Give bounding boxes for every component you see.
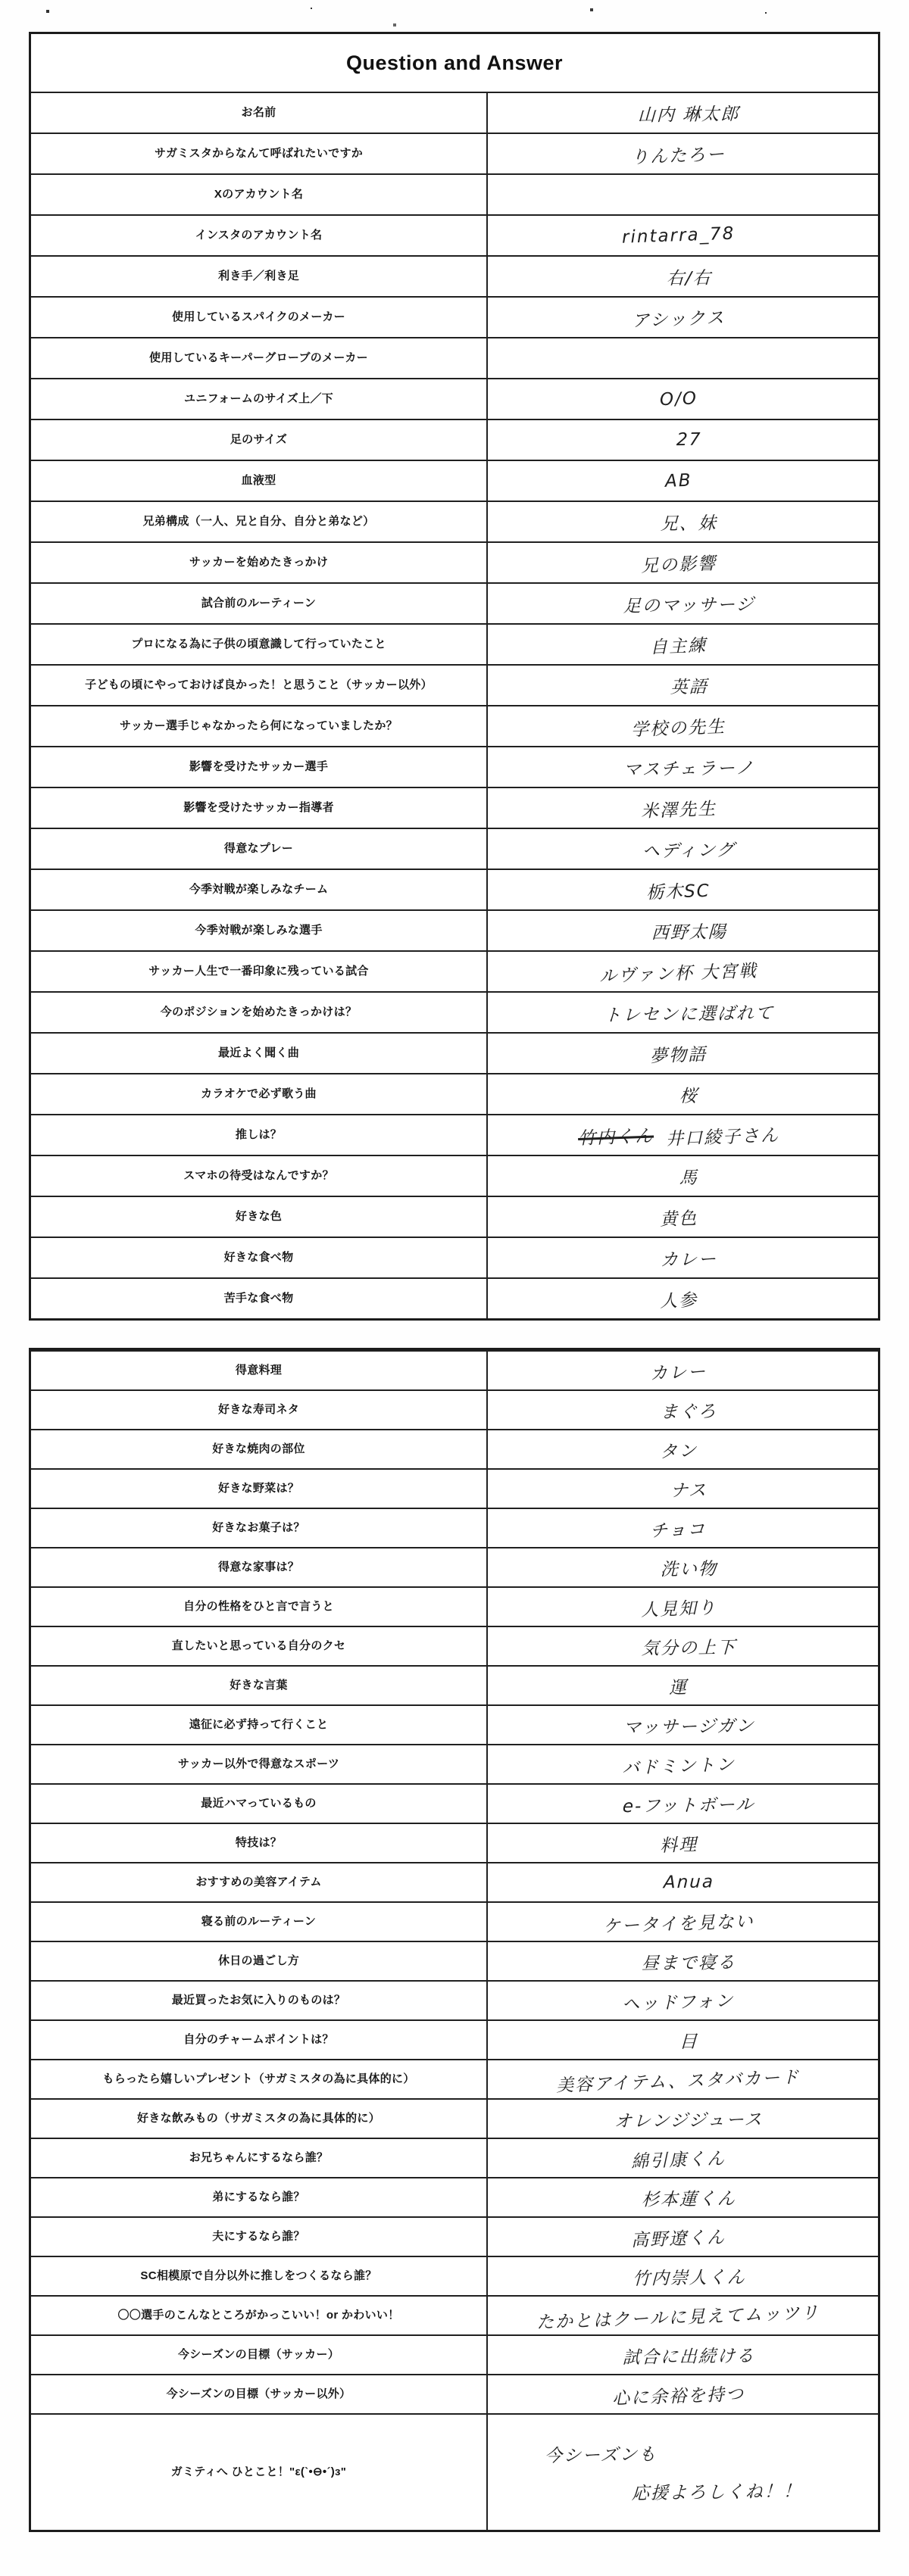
question-cell: 影響を受けたサッカー指導者 — [31, 788, 488, 828]
answer-cell: りんたろー — [488, 134, 878, 173]
qa-row: 好きな食べ物カレー — [31, 1237, 878, 1277]
answer-cell: 目 — [488, 2021, 878, 2059]
answer-text: 運 — [668, 1673, 688, 1698]
answer-cell: O/O — [488, 379, 878, 419]
qa-row: 使用しているスパイクのメーカーアシックス — [31, 296, 878, 337]
qa-row: 利き手／利き足右/右 — [31, 255, 878, 296]
qa-row: お兄ちゃんにするなら誰？綿引康くん — [31, 2138, 878, 2177]
table-title: Question and Answer — [31, 34, 878, 92]
answer-cell — [488, 175, 878, 214]
answer-text: rintarra_78 — [621, 224, 735, 248]
question-cell: 利き手／利き足 — [31, 257, 488, 296]
qa-row: 最近ハマっているものe-フットボール — [31, 1783, 878, 1823]
answer-text: 試合に出続ける — [622, 2341, 755, 2368]
answer-cell: ナス — [488, 1470, 878, 1508]
question-text: おすすめの美容アイテム — [195, 1876, 321, 1890]
question-text: 休日の過ごし方 — [218, 1954, 299, 1969]
question-cell: Xのアカウント名 — [31, 175, 488, 214]
answer-text: ヘディング — [642, 836, 736, 862]
answer-line: 今シーズンも — [544, 2440, 658, 2467]
answer-text: ケータイを見ない — [602, 1907, 754, 1937]
question-text: 最近よく聞く曲 — [218, 1046, 299, 1061]
question-cell: 試合前のルーティーン — [31, 584, 488, 623]
answer-cell: AB — [488, 461, 878, 501]
answer-cell: トレセンに選ばれて — [488, 993, 878, 1032]
question-text: 好きな色 — [236, 1210, 282, 1224]
question-text: 苦手な食べ物 — [224, 1292, 294, 1306]
question-cell: 最近買ったお気に入りのものは？ — [31, 1982, 488, 2019]
struck-answer-text: 竹内くん — [577, 1121, 654, 1149]
qa-row: スマホの待受はなんですか？馬 — [31, 1155, 878, 1196]
answer-text: まぐろ — [660, 1397, 717, 1423]
question-cell: プロになる為に子供の頃意識して行っていたこと — [31, 625, 488, 664]
answer-cell: 人参 — [488, 1279, 878, 1318]
question-text: プロになる為に子供の頃意識して行っていたこと — [131, 638, 386, 652]
question-text: 得意なプレー — [224, 842, 293, 856]
question-text: 今のポジションを始めたきっかけは？ — [161, 1006, 357, 1020]
qa-row: 得意な家事は？洗い物 — [31, 1547, 878, 1586]
qa-row: 遠征に必ず持って行くことマッサージガン — [31, 1704, 878, 1744]
qa-row: 子どもの頃にやっておけば良かった！と思うこと（サッカー以外）英語 — [31, 664, 878, 705]
answer-cell: 竹内崇人くん — [488, 2257, 878, 2295]
qa-row: 影響を受けたサッカー指導者米澤先生 — [31, 787, 878, 828]
qa-row: 今季対戦が楽しみな選手西野太陽 — [31, 909, 878, 950]
answer-cell: 高野遼くん — [488, 2218, 878, 2256]
qa-row: Xのアカウント名 — [31, 173, 878, 214]
answer-text: 井口綾子さん — [665, 1121, 779, 1149]
question-text: 得意料理 — [236, 1364, 282, 1378]
question-cell: 好きな野菜は？ — [31, 1470, 488, 1508]
question-cell: 使用しているスパイクのメーカー — [31, 298, 488, 337]
answer-cell: 右/右 — [488, 257, 878, 296]
answer-text: 心に余裕を持つ — [611, 2380, 745, 2409]
qa-row: 推しは？竹内くん井口綾子さん — [31, 1114, 878, 1155]
qa-row: 足のサイズ27 — [31, 419, 878, 460]
qa-row: 〇〇選手のこんなところがかっこいい！or かわいい！たかとはクールに見えてムッツ… — [31, 2295, 878, 2334]
qa-row: 今シーズンの目標（サッカー）試合に出続ける — [31, 2334, 878, 2374]
answer-cell: バドミントン — [488, 1745, 878, 1783]
answer-cell: 桜 — [488, 1074, 878, 1114]
question-cell: 自分の性格をひと言で言うと — [31, 1588, 488, 1626]
answer-cell: e-フットボール — [488, 1785, 878, 1823]
qa-row: 好きな寿司ネタまぐろ — [31, 1389, 878, 1429]
answer-text: オレンジジュース — [614, 2105, 764, 2132]
answer-cell: タン — [488, 1430, 878, 1468]
qa-row: 自分のチャームポイントは？目 — [31, 2019, 878, 2059]
question-text: 〇〇選手のこんなところがかっこいい！or かわいい！ — [118, 2309, 400, 2323]
question-text: 今シーズンの目標（サッカー） — [178, 2348, 339, 2362]
qa-row: ガミティへ ひとこと！"ε(`•⊖•´)з"今シーズンも応援よろしくね！！ — [31, 2413, 878, 2530]
question-cell: 今シーズンの目標（サッカー） — [31, 2336, 488, 2374]
answer-cell: 気分の上下 — [488, 1627, 878, 1665]
question-text: 今季対戦が楽しみなチーム — [189, 883, 329, 897]
question-cell: サガミスタからなんて呼ばれたいですか — [31, 134, 488, 173]
answer-text: マスチェラーノ — [623, 753, 755, 780]
question-text: 使用しているキーパーグローブのメーカー — [149, 351, 368, 366]
qa-row: サッカー以外で得意なスポーツバドミントン — [31, 1744, 878, 1783]
qa-table-1: Question and Answer お名前山内 琳太郎サガミスタからなんて呼… — [29, 32, 880, 1321]
question-cell: 得意なプレー — [31, 829, 488, 869]
qa-row: 夫にするなら誰？高野遼くん — [31, 2216, 878, 2256]
answer-text: 高野遼くん — [630, 2223, 726, 2251]
answer-cell: カレー — [488, 1352, 878, 1389]
answer-cell: ヘディング — [488, 829, 878, 869]
question-text: ユニフォームのサイズ上／下 — [184, 392, 333, 407]
answer-text: 栃木SC — [646, 876, 711, 903]
answer-text: 山内 琳太郎 — [638, 99, 741, 126]
qa-row: お名前山内 琳太郎 — [31, 92, 878, 133]
question-cell: 遠征に必ず持って行くこと — [31, 1706, 488, 1744]
qa-row: カラオケで必ず歌う曲桜 — [31, 1073, 878, 1114]
question-cell: 得意な家事は？ — [31, 1548, 488, 1586]
question-cell: もらったら嬉しいプレゼント（サガミスタの為に具体的に） — [31, 2060, 488, 2098]
answer-cell: 27 — [488, 420, 878, 460]
question-cell: 最近よく聞く曲 — [31, 1034, 488, 1073]
question-text: 好きな食べ物 — [224, 1251, 294, 1265]
question-cell: ガミティへ ひとこと！"ε(`•⊖•´)з" — [31, 2415, 488, 2530]
question-cell: 最近ハマっているもの — [31, 1785, 488, 1823]
qa-row: 今シーズンの目標（サッカー以外）心に余裕を持つ — [31, 2374, 878, 2413]
answer-cell: 運 — [488, 1667, 878, 1704]
question-cell: 好きな色 — [31, 1197, 488, 1237]
question-text: 遠征に必ず持って行くこと — [189, 1718, 329, 1732]
answer-cell — [488, 338, 878, 378]
question-text: Xのアカウント名 — [214, 188, 303, 202]
question-text: 好きな寿司ネタ — [218, 1403, 299, 1417]
qa-row: 今季対戦が楽しみなチーム栃木SC — [31, 869, 878, 909]
question-cell: お兄ちゃんにするなら誰？ — [31, 2139, 488, 2177]
answer-multiline: 今シーズンも応援よろしくね！！ — [497, 2441, 869, 2503]
question-cell: 苦手な食べ物 — [31, 1279, 488, 1318]
question-cell: スマホの待受はなんですか？ — [31, 1156, 488, 1196]
question-text: サッカー以外で得意なスポーツ — [178, 1757, 339, 1772]
question-text: 直したいと思っている自分のクセ — [172, 1639, 346, 1654]
answer-line: 応援よろしくね！！ — [631, 2477, 802, 2504]
answer-text: 馬 — [679, 1163, 698, 1188]
answer-text: りんたろー — [630, 140, 726, 168]
answer-cell: 洗い物 — [488, 1548, 878, 1586]
question-text: 弟にするなら誰？ — [212, 2191, 305, 2205]
question-text: 夫にするなら誰？ — [212, 2230, 305, 2244]
question-text: スマホの待受はなんですか？ — [183, 1169, 334, 1184]
question-text: 好きな野菜は？ — [218, 1482, 299, 1496]
question-text: 足のサイズ — [230, 433, 287, 448]
question-text: カラオケで必ず歌う曲 — [201, 1087, 317, 1102]
qa-row: 使用しているキーパーグローブのメーカー — [31, 337, 878, 378]
answer-text: 英語 — [670, 672, 708, 698]
question-cell: サッカー選手じゃなかったら何になっていましたか？ — [31, 706, 488, 746]
answer-text: Anua — [664, 1872, 715, 1892]
qa-table-2: 得意料理カレー好きな寿司ネタまぐろ好きな焼肉の部位タン好きな野菜は？ナス好きなお… — [29, 1348, 880, 2532]
answer-cell: 自主練 — [488, 625, 878, 664]
question-text: 利き手／利き足 — [218, 270, 299, 284]
question-text: サッカー人生で一番印象に残っている試合 — [148, 965, 368, 979]
question-text: 寝る前のルーティーン — [201, 1915, 317, 1929]
question-cell: 影響を受けたサッカー選手 — [31, 747, 488, 787]
answer-text: ヘッドフォン — [622, 1986, 735, 2015]
answer-text: 学校の先生 — [630, 713, 726, 741]
answer-text: 人参 — [659, 1286, 698, 1312]
question-cell: 直したいと思っている自分のクセ — [31, 1627, 488, 1665]
question-cell: インスタのアカウント名 — [31, 216, 488, 255]
question-text: 最近買ったお気に入りのものは？ — [172, 1994, 346, 2008]
answer-cell: Anua — [488, 1863, 878, 1901]
question-cell: 好きな言葉 — [31, 1667, 488, 1704]
answer-text: 右/右 — [666, 264, 712, 289]
question-text: 使用しているスパイクのメーカー — [172, 310, 345, 325]
qa-row: 今のポジションを始めたきっかけは？トレセンに選ばれて — [31, 991, 878, 1032]
answer-text: 自主練 — [649, 631, 707, 658]
question-text: SC相模原で自分以外に推しをつくるなら誰？ — [140, 2269, 376, 2284]
answer-text: 昼まで寝る — [641, 1948, 736, 1975]
qa-row: 自分の性格をひと言で言うと人見知り — [31, 1586, 878, 1626]
answer-text: マッサージガン — [623, 1711, 755, 1738]
question-text: 特技は？ — [236, 1836, 282, 1851]
answer-cell: 学校の先生 — [488, 706, 878, 746]
answer-cell: ルヴァン杯 大宮戦 — [488, 952, 878, 991]
answer-text: カレー — [660, 1245, 717, 1271]
question-text: 血液型 — [242, 474, 276, 488]
answer-text: タン — [659, 1436, 698, 1463]
question-text: 好きなお菓子は？ — [212, 1521, 305, 1536]
answer-text: 竹内崇人くん — [632, 2263, 746, 2289]
answer-text: 黄色 — [659, 1204, 698, 1230]
question-cell: 得意料理 — [31, 1352, 488, 1389]
answer-cell: 黄色 — [488, 1197, 878, 1237]
question-text: 兄弟構成（一人、兄と自分、自分と弟など） — [142, 515, 374, 529]
question-cell: 好きな焼肉の部位 — [31, 1430, 488, 1468]
qa-row: 休日の過ごし方昼まで寝る — [31, 1941, 878, 1980]
answer-text: トレセンに選ばれて — [603, 999, 774, 1026]
question-cell: 夫にするなら誰？ — [31, 2218, 488, 2256]
qa-row: サッカー人生で一番印象に残っている試合ルヴァン杯 大宮戦 — [31, 950, 878, 991]
qa-row: 得意料理カレー — [31, 1350, 878, 1389]
qa-row: 最近よく聞く曲夢物語 — [31, 1032, 878, 1073]
question-cell: サッカー以外で得意なスポーツ — [31, 1745, 488, 1783]
question-text: 今季対戦が楽しみな選手 — [195, 924, 322, 938]
qa-row: 好きな飲みもの（サガミスタの為に具体的に）オレンジジュース — [31, 2098, 878, 2138]
answer-cell: 杉本蓮くん — [488, 2178, 878, 2216]
answer-cell: アシックス — [488, 298, 878, 337]
question-cell: 休日の過ごし方 — [31, 1942, 488, 1980]
answer-text: チョコ — [650, 1514, 707, 1542]
answer-cell: 栃木SC — [488, 870, 878, 909]
qa-row: 好きな焼肉の部位タン — [31, 1429, 878, 1468]
qa-row: 寝る前のルーティーンケータイを見ない — [31, 1901, 878, 1941]
question-cell: 〇〇選手のこんなところがかっこいい！or かわいい！ — [31, 2297, 488, 2334]
qa-row: おすすめの美容アイテムAnua — [31, 1862, 878, 1901]
answer-cell: 山内 琳太郎 — [488, 93, 878, 133]
qa-row: インスタのアカウント名rintarra_78 — [31, 214, 878, 255]
answer-text: 綿引康くん — [630, 2144, 726, 2172]
answer-cell: 人見知り — [488, 1588, 878, 1626]
question-text: 自分の性格をひと言で言うと — [183, 1600, 334, 1614]
question-cell: 好きなお菓子は？ — [31, 1509, 488, 1547]
question-cell: SC相模原で自分以外に推しをつくるなら誰？ — [31, 2257, 488, 2295]
question-text: サッカー選手じゃなかったら何になっていましたか？ — [120, 719, 398, 734]
answer-cell: 昼まで寝る — [488, 1942, 878, 1980]
question-text: 子どもの頃にやっておけば良かった！と思うこと（サッカー以外） — [85, 678, 433, 693]
question-cell: 好きな寿司ネタ — [31, 1391, 488, 1429]
question-text: インスタのアカウント名 — [195, 229, 323, 243]
answer-cell: 今シーズンも応援よろしくね！！ — [488, 2415, 878, 2530]
answer-cell: たかとはクールに見えてムッツリ — [488, 2297, 878, 2334]
question-cell: 自分のチャームポイントは？ — [31, 2021, 488, 2059]
answer-text: AB — [664, 471, 692, 491]
qa-row: 弟にするなら誰？杉本蓮くん — [31, 2177, 878, 2216]
question-cell: 子どもの頃にやっておけば良かった！と思うこと（サッカー以外） — [31, 666, 488, 705]
qa-row: プロになる為に子供の頃意識して行っていたこと自主練 — [31, 623, 878, 664]
question-cell: 推しは？ — [31, 1115, 488, 1155]
question-cell: 今季対戦が楽しみな選手 — [31, 911, 488, 950]
qa-row: 好きな色黄色 — [31, 1196, 878, 1237]
qa-row: 好きな野菜は？ナス — [31, 1468, 878, 1508]
question-cell: 兄弟構成（一人、兄と自分、自分と弟など） — [31, 502, 488, 541]
qa-row: 好きなお菓子は？チョコ — [31, 1508, 878, 1547]
question-text: 推しは？ — [236, 1128, 282, 1143]
answer-cell: 美容アイテム、スタバカード — [488, 2060, 878, 2098]
answer-text: 桜 — [679, 1081, 698, 1106]
qa-row: 特技は？料理 — [31, 1823, 878, 1862]
scanned-questionnaire-page: Question and Answer お名前山内 琳太郎サガミスタからなんて呼… — [0, 0, 909, 2576]
answer-text: 米澤先生 — [640, 794, 717, 822]
answer-cell: マッサージガン — [488, 1706, 878, 1744]
question-text: 好きな焼肉の部位 — [212, 1442, 305, 1457]
answer-cell: rintarra_78 — [488, 216, 878, 255]
answer-cell: 心に余裕を持つ — [488, 2375, 878, 2413]
question-cell: ユニフォームのサイズ上／下 — [31, 379, 488, 419]
qa-row: 得意なプレーヘディング — [31, 828, 878, 869]
question-cell: 寝る前のルーティーン — [31, 1903, 488, 1941]
answer-text: 杉本蓮くん — [641, 2185, 736, 2211]
qa-row: サッカー選手じゃなかったら何になっていましたか？学校の先生 — [31, 705, 878, 746]
answer-text: カレー — [649, 1357, 707, 1384]
answer-text: バドミントン — [621, 1750, 736, 1779]
question-cell: カラオケで必ず歌う曲 — [31, 1074, 488, 1114]
answer-text: 目 — [679, 2027, 698, 2052]
qa-row: SC相模原で自分以外に推しをつくるなら誰？竹内崇人くん — [31, 2256, 878, 2295]
question-text: お兄ちゃんにするなら誰？ — [189, 2151, 329, 2166]
qa-row: ユニフォームのサイズ上／下O/O — [31, 378, 878, 419]
qa-row: 影響を受けたサッカー選手マスチェラーノ — [31, 746, 878, 787]
question-cell: 血液型 — [31, 461, 488, 501]
qa-row: もらったら嬉しいプレゼント（サガミスタの為に具体的に）美容アイテム、スタバカード — [31, 2059, 878, 2098]
question-cell: 弟にするなら誰？ — [31, 2178, 488, 2216]
answer-cell: 米澤先生 — [488, 788, 878, 828]
question-text: 試合前のルーティーン — [201, 597, 317, 611]
answer-cell: ケータイを見ない — [488, 1903, 878, 1941]
answer-cell: カレー — [488, 1238, 878, 1277]
question-text: サッカーを始めたきっかけ — [189, 556, 328, 570]
answer-cell: 足のマッサージ — [488, 584, 878, 623]
answer-cell: ヘッドフォン — [488, 1982, 878, 2019]
answer-cell: オレンジジュース — [488, 2100, 878, 2138]
answer-text: ナス — [670, 1476, 708, 1502]
question-cell: 特技は？ — [31, 1824, 488, 1862]
answer-cell: 試合に出続ける — [488, 2336, 878, 2374]
answer-cell: チョコ — [488, 1509, 878, 1547]
qa-row: サッカーを始めたきっかけ兄の影響 — [31, 541, 878, 582]
answer-text: ルヴァン杯 大宮戦 — [598, 956, 757, 987]
answer-cell: 綿引康くん — [488, 2139, 878, 2177]
answer-cell: 兄、妹 — [488, 502, 878, 541]
answer-cell: 西野太陽 — [488, 911, 878, 950]
question-text: 今シーズンの目標（サッカー以外） — [167, 2387, 351, 2402]
question-cell: 今季対戦が楽しみなチーム — [31, 870, 488, 909]
answer-cell: 兄の影響 — [488, 543, 878, 582]
question-text: お名前 — [242, 106, 276, 120]
question-text: 好きな言葉 — [230, 1679, 288, 1693]
answer-text: たかとはクールに見えてムッツリ — [536, 2298, 820, 2333]
qa-row: 血液型AB — [31, 460, 878, 501]
question-cell: 足のサイズ — [31, 420, 488, 460]
qa-row: 試合前のルーティーン足のマッサージ — [31, 582, 878, 623]
question-cell: お名前 — [31, 93, 488, 133]
qa-row: 好きな言葉運 — [31, 1665, 878, 1704]
answer-text: 洗い物 — [660, 1555, 717, 1580]
answer-text: 27 — [676, 430, 701, 450]
scan-noise-dots — [0, 0, 2, 2]
qa-row: 苦手な食べ物人参 — [31, 1277, 878, 1318]
question-text: 最近ハマっているもの — [201, 1797, 316, 1811]
question-cell: サッカーを始めたきっかけ — [31, 543, 488, 582]
question-text: 好きな飲みもの（サガミスタの為に具体的に） — [137, 2112, 380, 2126]
question-cell: 今シーズンの目標（サッカー以外） — [31, 2375, 488, 2413]
answer-text: 西野太陽 — [651, 918, 727, 943]
answer-text: 人見知り — [640, 1593, 717, 1620]
answer-cell: 料理 — [488, 1824, 878, 1862]
question-text: もらったら嬉しいプレゼント（サガミスタの為に具体的に） — [102, 2072, 414, 2087]
question-cell: 今のポジションを始めたきっかけは？ — [31, 993, 488, 1032]
question-cell: おすすめの美容アイテム — [31, 1863, 488, 1901]
answer-text: 料理 — [659, 1830, 698, 1857]
answer-text: 美容アイテム、スタバカード — [556, 2063, 801, 2096]
qa-row: 兄弟構成（一人、兄と自分、自分と弟など）兄、妹 — [31, 501, 878, 541]
question-text: ガミティへ ひとこと！"ε(`•⊖•´)з" — [171, 2465, 346, 2480]
question-text: サガミスタからなんて呼ばれたいですか — [155, 147, 363, 161]
answer-cell: 英語 — [488, 666, 878, 705]
answer-text: 夢物語 — [649, 1040, 707, 1067]
answer-cell: マスチェラーノ — [488, 747, 878, 787]
answer-cell: 竹内くん井口綾子さん — [488, 1115, 878, 1155]
question-cell: 好きな飲みもの（サガミスタの為に具体的に） — [31, 2100, 488, 2138]
answer-cell: 馬 — [488, 1156, 878, 1196]
qa-row: 最近買ったお気に入りのものは？ヘッドフォン — [31, 1980, 878, 2019]
question-cell: 好きな食べ物 — [31, 1238, 488, 1277]
question-text: 得意な家事は？ — [218, 1561, 299, 1575]
answer-text: 兄の影響 — [640, 549, 717, 576]
answer-text: アシックス — [631, 304, 725, 332]
answer-text: 気分の上下 — [641, 1633, 736, 1660]
qa-row: サガミスタからなんて呼ばれたいですかりんたろー — [31, 133, 878, 173]
question-text: 自分のチャームポイントは？ — [183, 2033, 333, 2047]
answer-cell: 夢物語 — [488, 1034, 878, 1073]
question-cell: 使用しているキーパーグローブのメーカー — [31, 338, 488, 378]
question-text: 影響を受けたサッカー選手 — [189, 760, 328, 775]
question-text: 影響を受けたサッカー指導者 — [183, 801, 334, 816]
answer-text: e-フットボール — [623, 1790, 756, 1817]
answer-text: 足のマッサージ — [623, 590, 755, 616]
qa-row: 直したいと思っている自分のクセ気分の上下 — [31, 1626, 878, 1665]
question-cell: サッカー人生で一番印象に残っている試合 — [31, 952, 488, 991]
answer-text: O/O — [659, 388, 698, 410]
answer-text: 兄、妹 — [660, 509, 717, 535]
answer-cell: まぐろ — [488, 1391, 878, 1429]
